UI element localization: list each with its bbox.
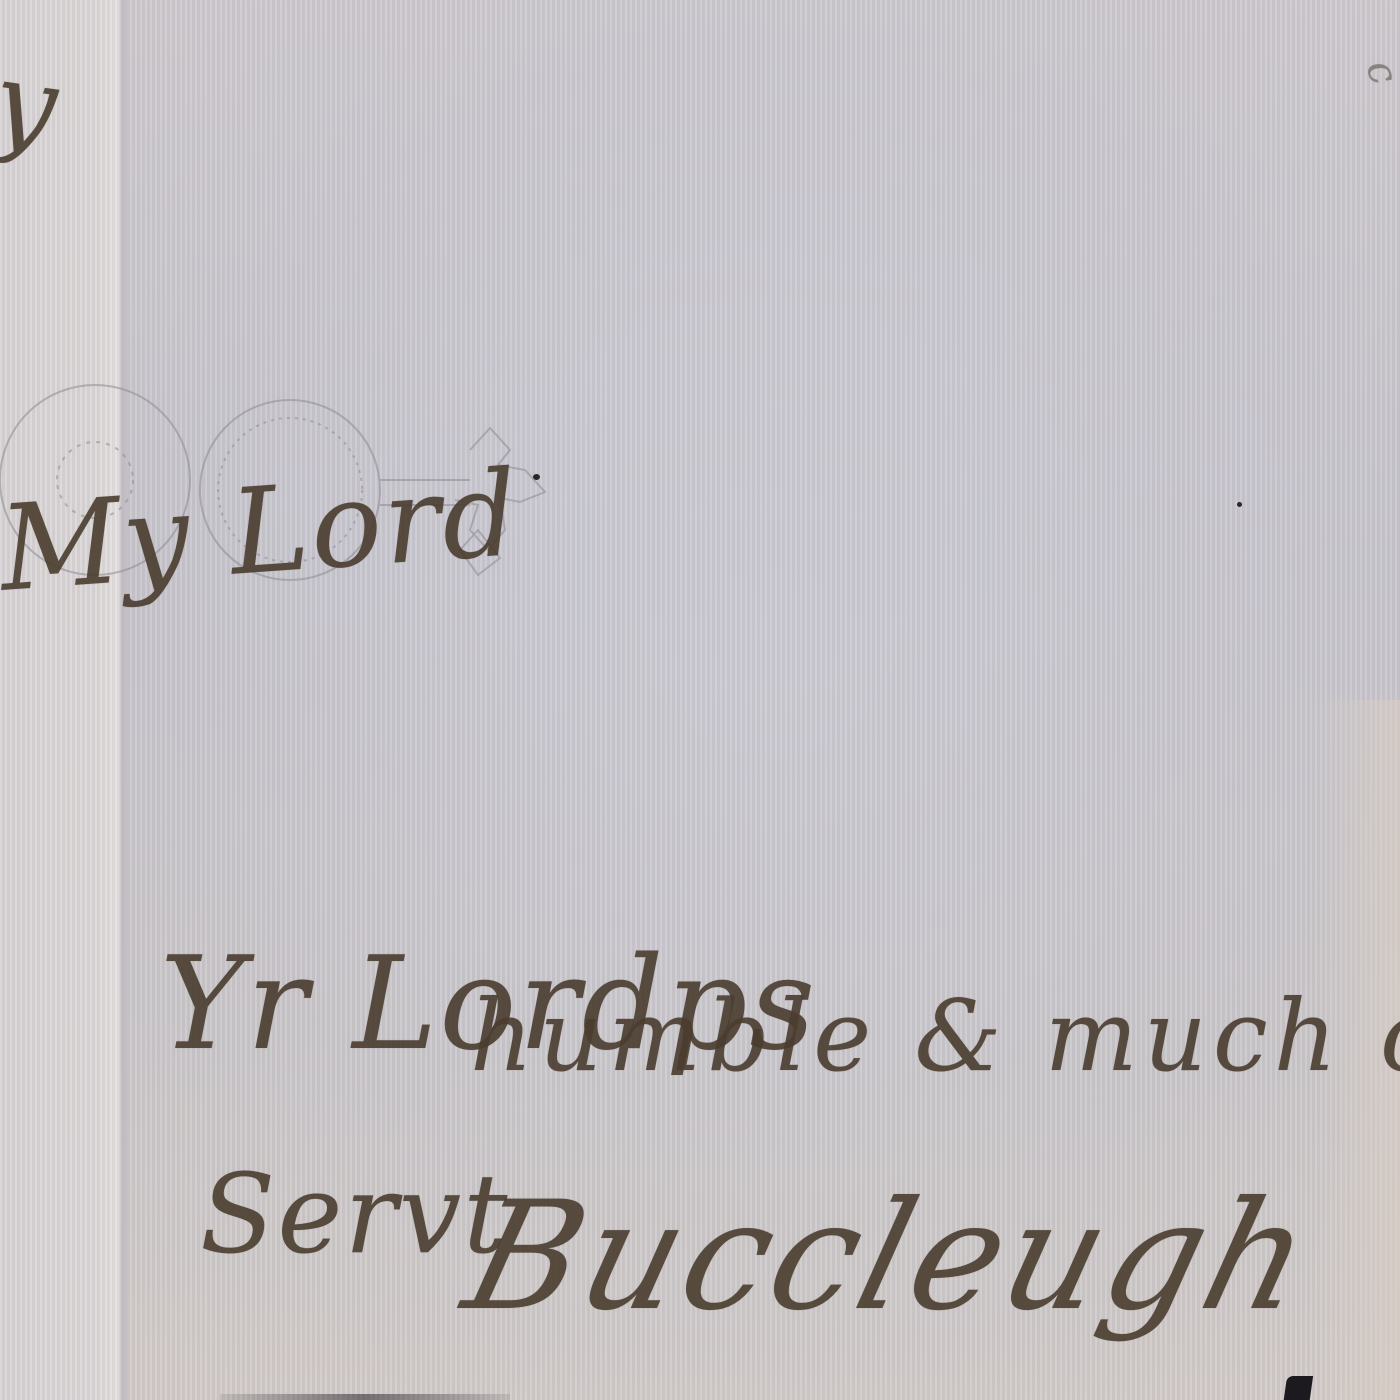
- ink-speck: [1237, 502, 1242, 507]
- signature: Buccleugh: [450, 1170, 1330, 1344]
- left-fold-panel: [0, 0, 118, 1400]
- document-page: y c My Lord Yr Lordps humble & much obli…: [0, 0, 1400, 1400]
- dark-corner-background: [1283, 1376, 1313, 1400]
- ink-speck: [533, 474, 540, 480]
- bottom-edge-shadow: [220, 1394, 510, 1400]
- margin-fragment-right: c: [1356, 54, 1400, 93]
- closing-text: humble & much obliged: [470, 980, 1400, 1094]
- fold-line: [118, 0, 128, 1400]
- servant-abbreviation: Servt: [200, 1150, 509, 1278]
